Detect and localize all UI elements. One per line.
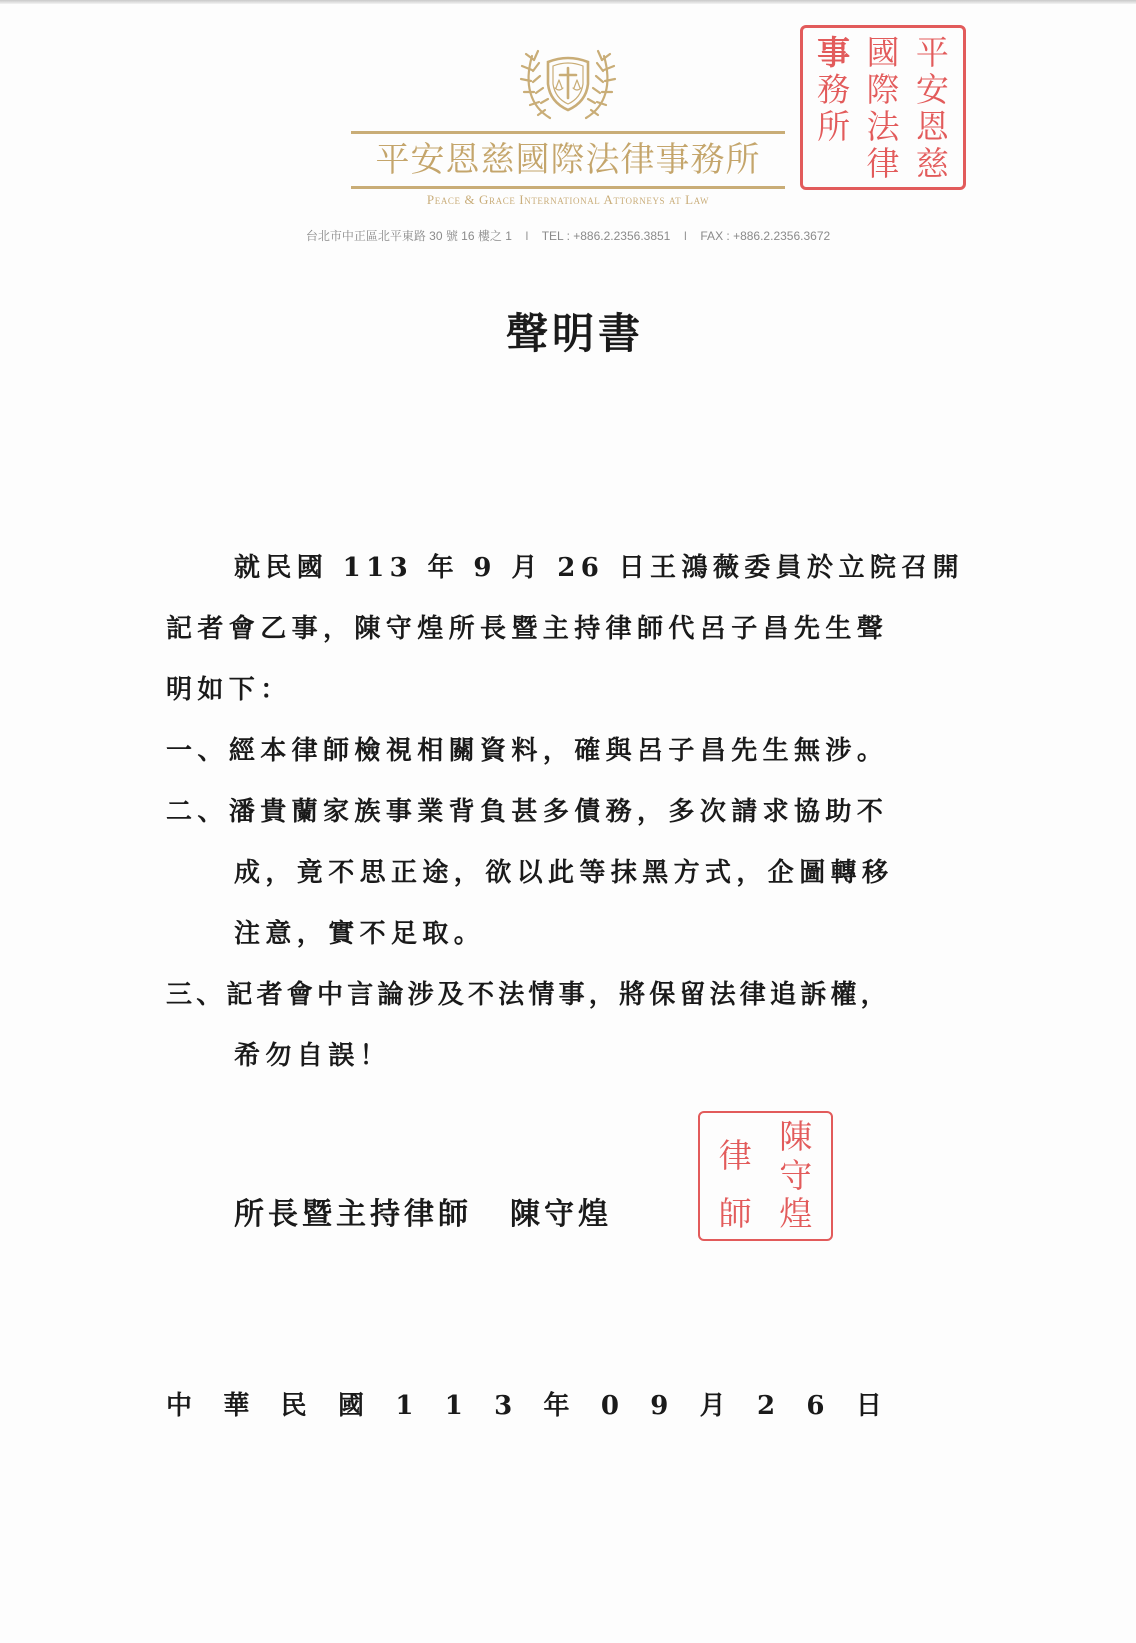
signer-name: 陳守煌 xyxy=(510,1197,612,1232)
date-char: 華 xyxy=(223,1386,249,1426)
signer-role: 所長暨主持律師 xyxy=(234,1197,472,1232)
list-item-text: 經本律師檢視相關資料，確與呂子昌先生無涉。 xyxy=(229,736,888,766)
scan-top-edge xyxy=(0,0,1136,4)
paragraph-line: 記者會乙事，陳守煌所長暨主持律師代呂子昌先生聲 xyxy=(166,611,888,647)
date-char: 日 xyxy=(856,1386,882,1426)
list-item-2-continued: 成，竟不思正途，欲以此等抹黑方式，企圖轉移 xyxy=(234,855,893,891)
seal-char: 安 xyxy=(908,71,957,108)
list-item-3: 三、記者會中言論涉及不法情事，將保留法律追訴權， xyxy=(166,977,891,1013)
date-char: 0 xyxy=(601,1386,619,1426)
date-char: 國 xyxy=(338,1386,364,1426)
seal-char: 陳 xyxy=(766,1118,827,1157)
signature-block: 所長暨主持律師陳守煌 xyxy=(234,1194,612,1236)
seal-char: 恩 xyxy=(908,108,957,145)
list-item-text: 潘貴蘭家族事業背負甚多債務，多次請求協助不 xyxy=(229,797,888,827)
date-char: 1 xyxy=(445,1386,463,1426)
letterhead-rule-bottom xyxy=(351,186,785,189)
date-char: 月 xyxy=(700,1386,726,1426)
date-char: 中 xyxy=(166,1386,192,1426)
seal-char: 國 xyxy=(858,34,907,71)
telephone: TEL : +886.2.2356.3851 xyxy=(542,229,671,243)
date-char: 1 xyxy=(395,1386,413,1426)
list-marker: 一、 xyxy=(166,736,229,766)
contact-line: 台北市中正區北平東路 30 號 16 樓之 1 I TEL : +886.2.2… xyxy=(200,228,936,244)
firm-name-english: Peace & Grace International Attorneys at… xyxy=(345,191,791,209)
seal-char: 際 xyxy=(858,71,907,108)
list-item-2: 二、潘貴蘭家族事業背負甚多債務，多次請求協助不 xyxy=(166,794,888,830)
seal-char: 慈 xyxy=(908,145,957,182)
paragraph-line: 明如下： xyxy=(166,672,292,708)
date-char: 6 xyxy=(806,1386,824,1426)
list-item-2-continued: 注意，實不足取。 xyxy=(234,916,485,952)
separator: I xyxy=(525,229,528,243)
seal-char: 所 xyxy=(809,108,858,145)
seal-char: 法 xyxy=(858,108,907,145)
seal-char: 事 xyxy=(809,34,858,71)
date-char: 9 xyxy=(650,1386,668,1426)
seal-char: 平 xyxy=(908,34,957,71)
firm-seal-stamp: 平 安 恩 慈 國 際 法 律 事 務 所 xyxy=(800,25,966,190)
list-marker: 三、 xyxy=(166,980,226,1010)
list-item-3-continued: 希勿自誤！ xyxy=(234,1038,391,1074)
date-char: 2 xyxy=(757,1386,775,1426)
date-char: 3 xyxy=(494,1386,512,1426)
address: 台北市中正區北平東路 30 號 16 樓之 1 xyxy=(306,229,512,243)
list-item-1: 一、經本律師檢視相關資料，確與呂子昌先生無涉。 xyxy=(166,733,888,769)
separator: I xyxy=(684,229,687,243)
document-date: 中 華 民 國 1 1 3 年 0 9 月 2 6 日 xyxy=(166,1386,882,1426)
lawyer-seal-stamp: 陳 守 煌 律 師 xyxy=(698,1111,833,1241)
firm-name-chinese: 平安恩慈國際法律事務所 xyxy=(351,134,785,186)
list-item-text: 記者會中言論涉及不法情事，將保留法律追訴權， xyxy=(226,980,890,1010)
seal-char: 律 xyxy=(705,1118,766,1195)
fax: FAX : +886.2.2356.3672 xyxy=(700,229,830,243)
seal-char: 師 xyxy=(705,1195,766,1234)
seal-char: 務 xyxy=(809,71,858,108)
list-marker: 二、 xyxy=(166,797,229,827)
seal-char: 守 xyxy=(766,1157,827,1196)
seal-char: 煌 xyxy=(766,1195,827,1234)
firm-emblem-icon xyxy=(510,38,626,122)
paragraph-line: 就民國 113 年 9 月 26 日王鴻薇委員於立院召開 xyxy=(234,550,964,586)
document-title: 聲明書 xyxy=(480,306,670,362)
date-char: 年 xyxy=(544,1386,570,1426)
date-char: 民 xyxy=(281,1386,307,1426)
seal-char: 律 xyxy=(858,145,907,182)
